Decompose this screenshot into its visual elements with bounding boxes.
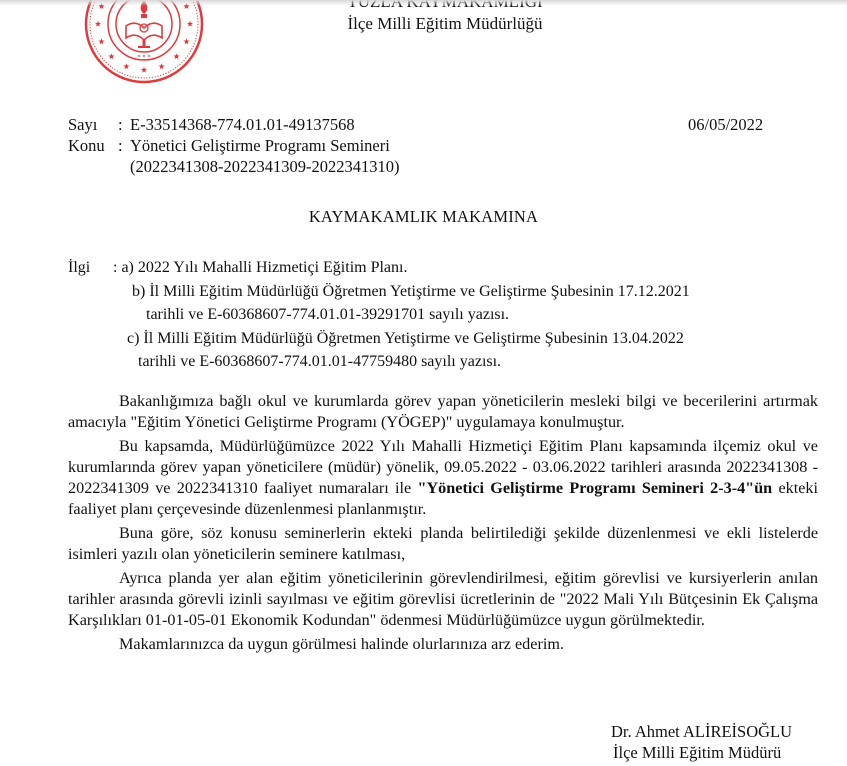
konu-value-line2: (2022341308-2022341309-2022341310)	[68, 156, 399, 177]
ilgi-item-c: c) İl Milli Eğitim Müdürlüğü Öğretmen Ye…	[68, 327, 690, 351]
body-paragraph-2: Bu kapsamda, Müdürlüğümüzce 2022 Yılı Ma…	[68, 436, 818, 520]
document-date: 06/05/2022	[688, 114, 763, 135]
ilgi-item-text: : a) 2022 Yılı Mahalli Hizmetiçi Eğitim …	[113, 256, 407, 280]
body-paragraph-1: Bakanlığımıza bağlı okul ve kurumlarda g…	[68, 391, 818, 433]
page-top-edge	[0, 0, 847, 6]
ilgi-block: İlgi : a) 2022 Yılı Mahalli Hizmetiçi Eğ…	[68, 256, 690, 374]
sayi-label: Sayı	[68, 114, 118, 135]
sayi-row: Sayı : E-33514368-774.01.01-49137568	[68, 114, 399, 135]
letter-body: Bakanlığımıza bağlı okul ve kurumlarda g…	[68, 391, 818, 658]
konu-row: Konu : Yönetici Geliştirme Programı Semi…	[68, 135, 399, 156]
signatory-name: Dr. Ahmet ALİREİSOĞLU	[611, 721, 792, 742]
ministry-seal-icon: • • •	[82, 0, 206, 86]
signatory-title: İlçe Milli Eğitim Müdürü	[611, 742, 792, 763]
body-paragraph-4: Ayrıca planda yer alan eğitim yöneticile…	[68, 568, 818, 631]
ilgi-item-b: b) İl Milli Eğitim Müdürlüğü Öğretmen Ye…	[68, 280, 690, 304]
svg-text:• • •: • • •	[137, 54, 150, 60]
reference-block: Sayı : E-33514368-774.01.01-49137568 Kon…	[68, 114, 399, 177]
directorate-name: İlçe Milli Eğitim Müdürlüğü	[300, 13, 590, 35]
konu-value: Yönetici Geliştirme Programı Semineri	[130, 135, 390, 156]
sayi-value: E-33514368-774.01.01-49137568	[130, 114, 355, 135]
addressee: KAYMAKAMLIK MAKAMINA	[0, 207, 847, 227]
seminar-title: "Yönetici Geliştirme Programı Semineri 2…	[418, 479, 773, 497]
body-paragraph-3: Buna göre, söz konusu seminerlerin ektek…	[68, 523, 818, 565]
sayi-colon: :	[118, 114, 130, 135]
signature-block: Dr. Ahmet ALİREİSOĞLU İlçe Milli Eğitim …	[611, 721, 792, 763]
konu-label: Konu	[68, 135, 118, 156]
ilgi-label: İlgi	[68, 256, 113, 280]
ilgi-item-c-cont: tarihli ve E-60368607-774.01.01-47759480…	[68, 350, 690, 374]
ilgi-item-a: İlgi : a) 2022 Yılı Mahalli Hizmetiçi Eğ…	[68, 256, 690, 280]
ilgi-item-b-cont: tarihli ve E-60368607-774.01.01-39291701…	[68, 303, 690, 327]
konu-colon: :	[118, 135, 130, 156]
body-paragraph-5: Makamlarınızca da uygun görülmesi halind…	[68, 634, 818, 655]
